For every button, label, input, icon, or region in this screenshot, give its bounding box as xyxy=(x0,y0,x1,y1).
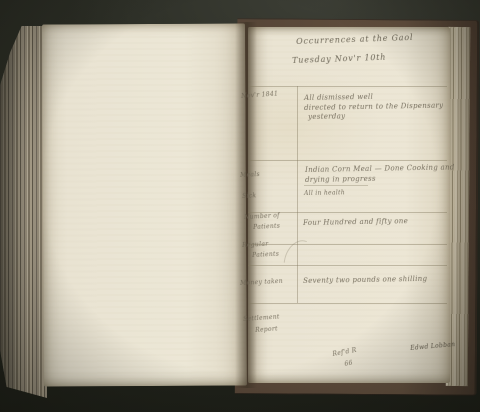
ledger-date-heading: Tuesday Nov'r 10th xyxy=(292,53,386,65)
table-rule-2 xyxy=(249,160,447,161)
entry-date-label: Nov'r 1841 xyxy=(241,90,278,100)
footer-report-label-2: Report xyxy=(255,325,278,334)
entry-meals-label: Meals xyxy=(240,171,260,179)
entry-regular-label-1: Regular xyxy=(242,241,269,249)
handwritten-content: Occurrences at the Gaol Tuesday Nov'r 10… xyxy=(0,0,480,412)
entry-meals-line2: drying in progress xyxy=(305,175,376,184)
entry-meals-line1: Indian Corn Meal — Done Cooking and xyxy=(305,163,455,174)
table-rule-vertical xyxy=(297,86,298,303)
entry-regular-label-2: Patients xyxy=(252,251,279,259)
table-rule-5 xyxy=(248,265,447,266)
entry-sick-label: Sick xyxy=(242,192,257,200)
footer-note-line2: 66 xyxy=(344,360,353,368)
entry-patients-value: Four Hundred and fifty one xyxy=(303,217,408,227)
table-rule-bottom xyxy=(249,303,447,304)
ledger-book-photo: Occurrences at the Gaol Tuesday Nov'r 10… xyxy=(0,0,480,412)
clerk-signature: Edwd Lobban xyxy=(410,341,456,352)
entry-patients-label-1: Number of xyxy=(244,212,280,221)
table-rule-top xyxy=(249,86,447,87)
table-rule-4 xyxy=(248,244,447,245)
entry-patients-label-2: Patients xyxy=(253,223,280,231)
ledger-title: Occurrences at the Gaol xyxy=(296,33,413,46)
entry-r1-line1: All dismissed well xyxy=(304,93,373,102)
entry-sick-line1: All in health xyxy=(304,189,345,197)
footer-note-line1: Ref'd R xyxy=(332,347,357,358)
entry-money-label: Money taken xyxy=(240,278,283,287)
entry-r1-line2: directed to return to the Dispensary xyxy=(304,102,443,112)
handwriting-underline xyxy=(304,185,368,186)
entry-money-value: Seventy two pounds one shilling xyxy=(303,275,427,285)
footer-report-label-1: Settlement xyxy=(243,313,280,323)
entry-r1-line3: yesterday xyxy=(308,112,345,121)
